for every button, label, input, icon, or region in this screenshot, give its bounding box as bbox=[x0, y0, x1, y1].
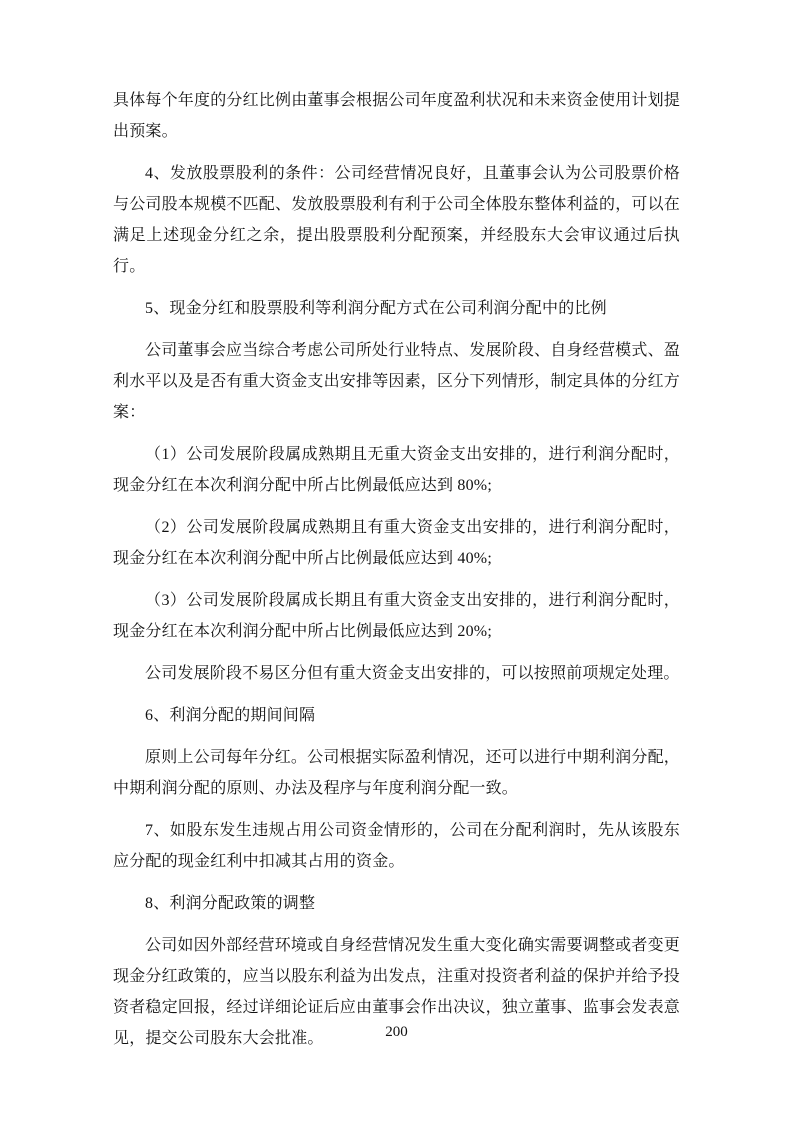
item-2-mature-with-expenditure: （2）公司发展阶段属成熟期且有重大资金支出安排的，进行利润分配时，现金分红在本次… bbox=[113, 512, 680, 574]
paragraph-stage-indistinct: 公司发展阶段不易区分但有重大资金支出安排的，可以按照前项规定处理。 bbox=[113, 658, 680, 689]
document-body: 具体每个年度的分红比例由董事会根据公司年度盈利状况和未来资金使用计划提出预案。 … bbox=[113, 85, 680, 1065]
clause-4-stock-dividend-conditions: 4、发放股票股利的条件：公司经营情况良好，且董事会认为公司股票价格与公司股本规模… bbox=[113, 158, 680, 282]
heading-clause-6-distribution-interval: 6、利润分配的期间间隔 bbox=[113, 700, 680, 731]
item-3-growth-with-expenditure: （3）公司发展阶段属成长期且有重大资金支出安排的，进行利润分配时，现金分红在本次… bbox=[113, 585, 680, 647]
heading-clause-5-distribution-ratio: 5、现金分红和股票股利等利润分配方式在公司利润分配中的比例 bbox=[113, 293, 680, 324]
page-number: 200 bbox=[385, 1024, 408, 1040]
clause-7-shareholder-fund-occupation: 7、如股东发生违规占用公司资金情形的，公司在分配利润时，先从该股东应分配的现金红… bbox=[113, 815, 680, 877]
paragraph-continuation: 具体每个年度的分红比例由董事会根据公司年度盈利状况和未来资金使用计划提出预案。 bbox=[113, 85, 680, 147]
page-footer: 200 bbox=[0, 1022, 793, 1042]
paragraph-annual-and-interim-dividend: 原则上公司每年分红。公司根据实际盈利情况，还可以进行中期利润分配，中期利润分配的… bbox=[113, 742, 680, 804]
heading-clause-8-policy-adjustment: 8、利润分配政策的调整 bbox=[113, 888, 680, 919]
document-page: 具体每个年度的分红比例由董事会根据公司年度盈利状况和未来资金使用计划提出预案。 … bbox=[0, 0, 793, 1122]
paragraph-board-considerations: 公司董事会应当综合考虑公司所处行业特点、发展阶段、自身经营模式、盈利水平以及是否… bbox=[113, 335, 680, 428]
item-1-mature-no-expenditure: （1）公司发展阶段属成熟期且无重大资金支出安排的，进行利润分配时，现金分红在本次… bbox=[113, 439, 680, 501]
